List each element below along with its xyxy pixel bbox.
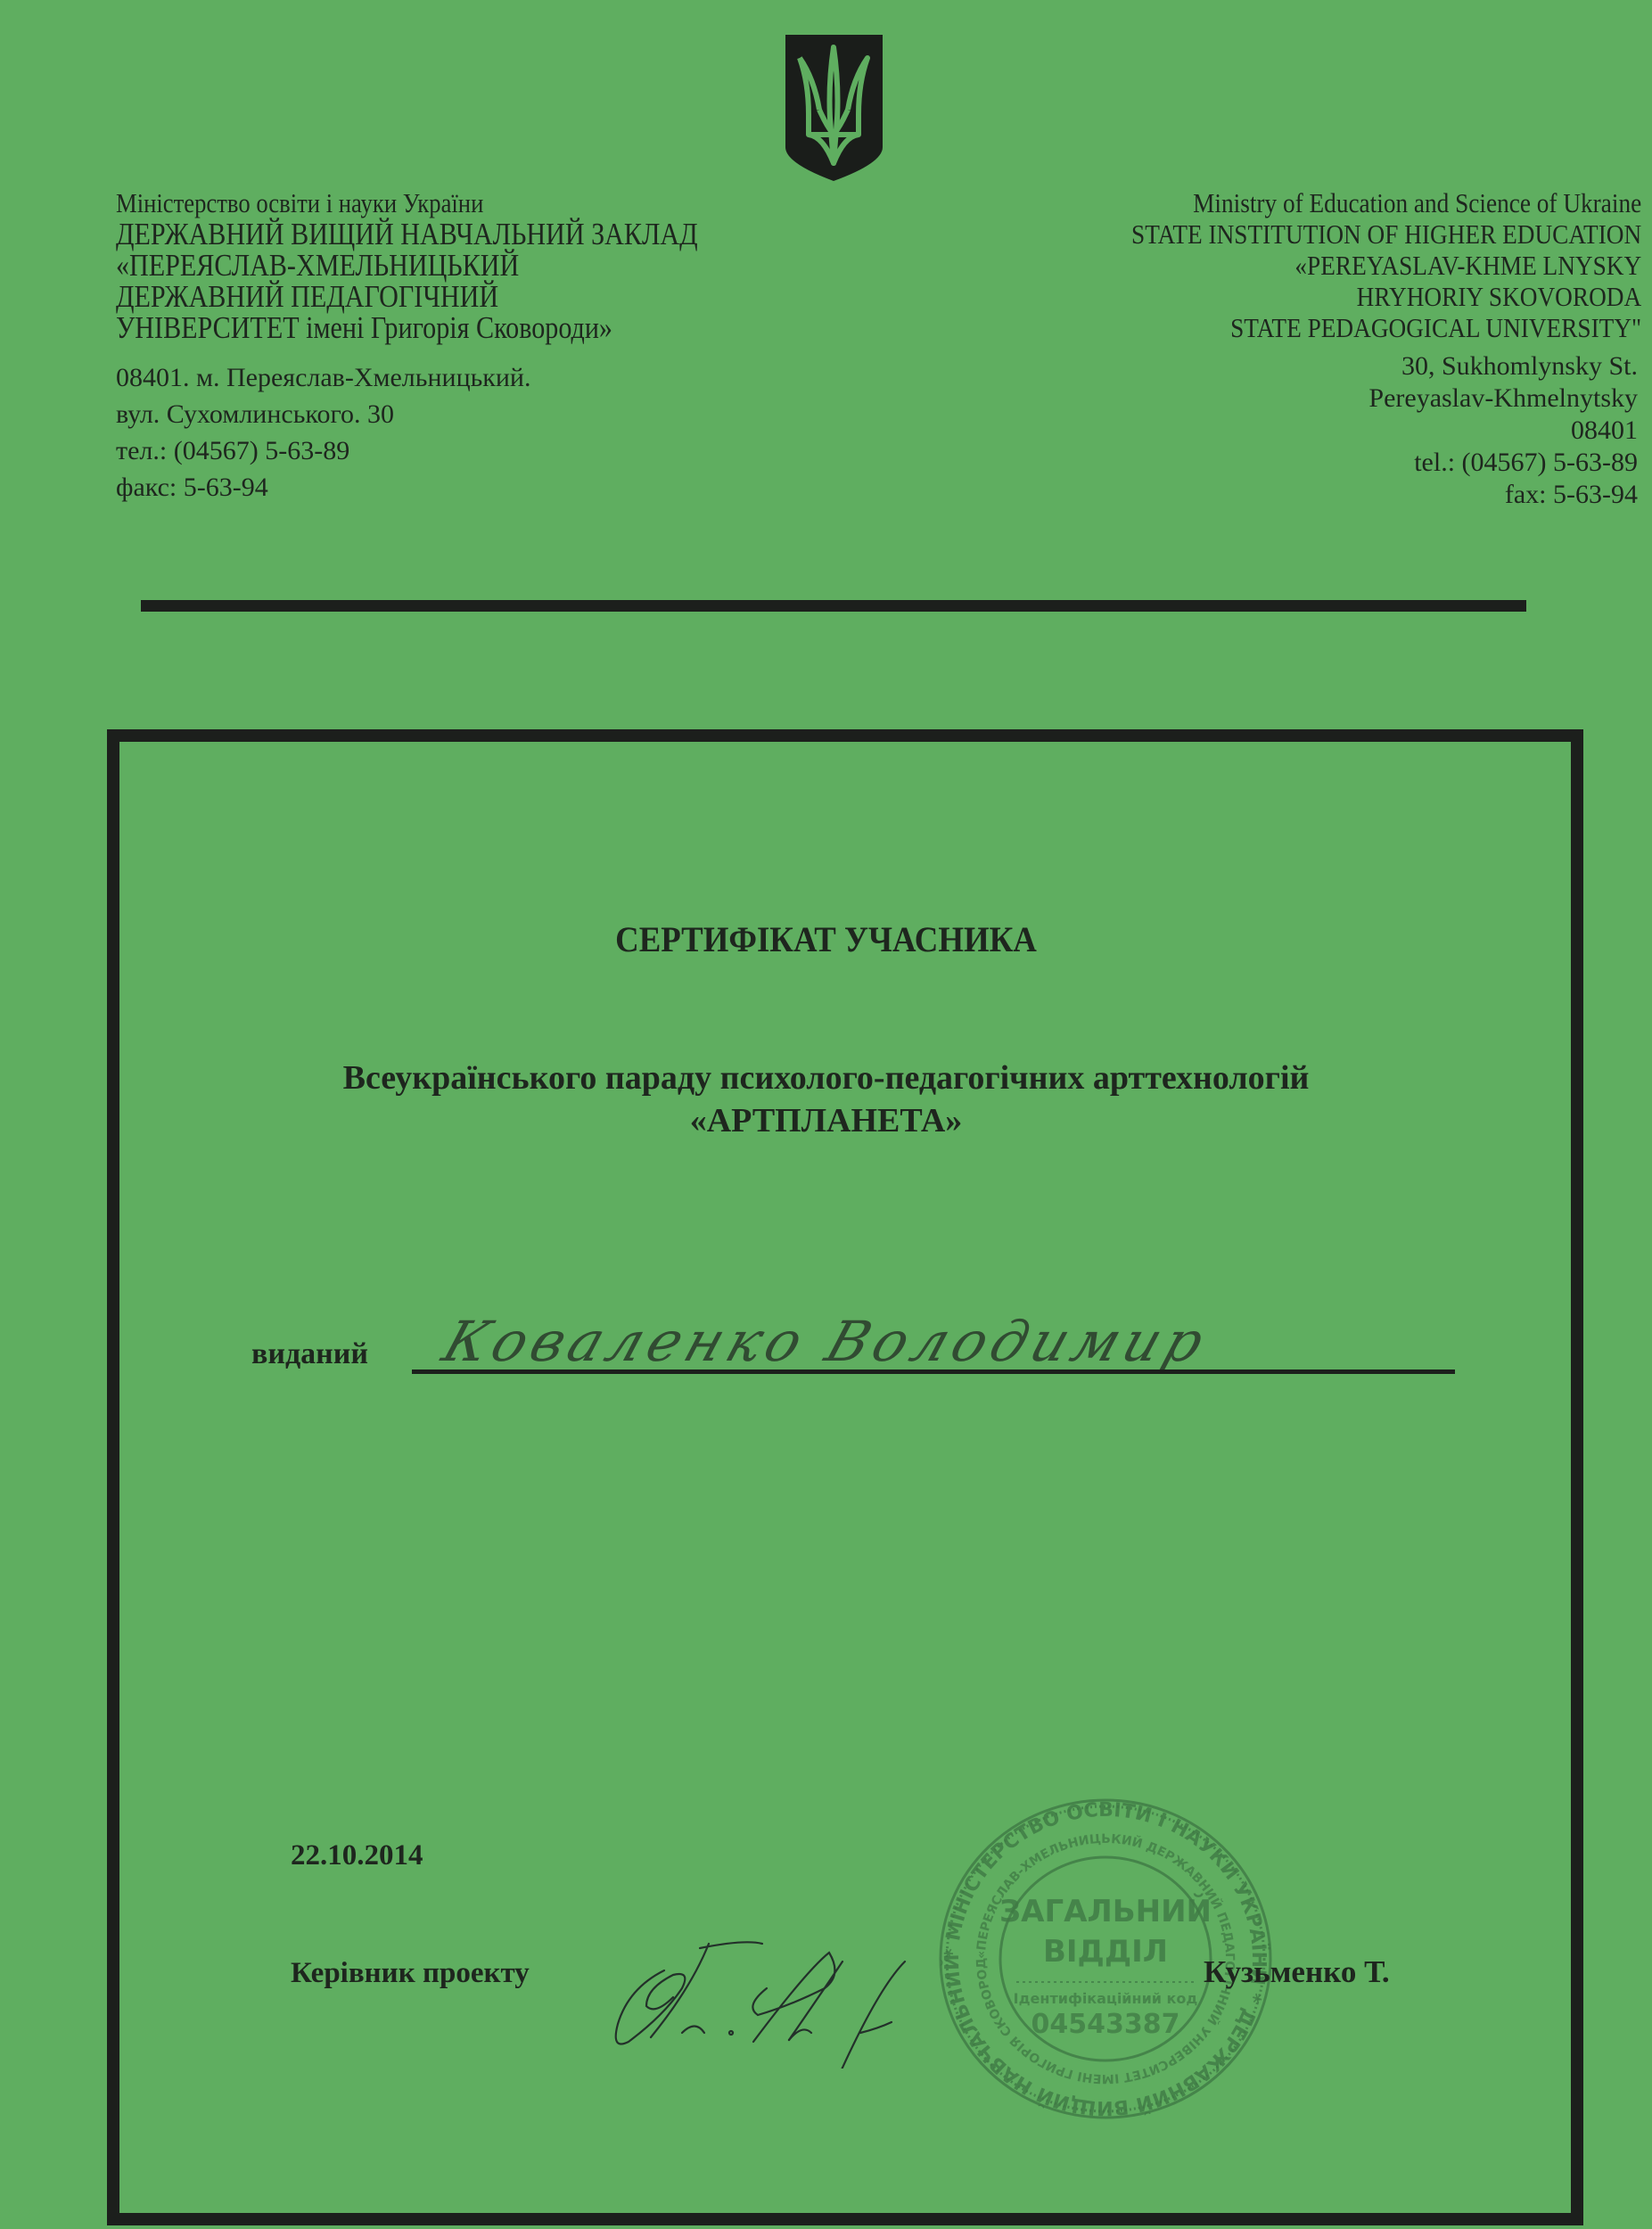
event-title: «АРТПЛАНЕТА»	[0, 1099, 1652, 1142]
event-line: Всеукраїнського параду психолого-педагог…	[0, 1057, 1652, 1099]
address-line: 08401. м. Переяслав-Хмельницький.	[116, 359, 530, 396]
stamp-code-label: Ідентифікаційний код	[1014, 1990, 1198, 2007]
institution-line: «ПЕРЕЯСЛАВ-ХМЕЛЬНИЦЬКИЙ	[116, 250, 698, 281]
recipient-underline	[412, 1369, 1455, 1374]
fax-line: fax: 5-63-94	[1368, 479, 1638, 511]
certificate-title: СЕРТИФІКАТ УЧАСНИКА	[66, 918, 1586, 960]
stamp-center-line2: ВІДДІЛ	[1043, 1934, 1168, 1970]
signature-icon	[611, 1935, 949, 2069]
address-line: 30, Sukhomlynsky St.	[1368, 350, 1638, 382]
ministry-name-ua: Міністерство освіти і науки України	[116, 187, 698, 218]
header-right-address: 30, Sukhomlynsky St. Pereyaslav-Khmelnyt…	[1368, 350, 1638, 511]
recipient-name-handwritten: Коваленко Володимир	[435, 1309, 1217, 1374]
header-right-institution: Ministry of Education and Science of Ukr…	[1131, 187, 1641, 343]
header-divider	[141, 600, 1526, 612]
ministry-name-en: Ministry of Education and Science of Ukr…	[1131, 187, 1641, 218]
trident-coat-of-arms-icon	[782, 29, 886, 183]
header-left-address: 08401. м. Переяслав-Хмельницький. вул. С…	[116, 359, 530, 506]
institution-line: «PEREYASLAV-KHME LNYSKY	[1131, 250, 1641, 281]
issued-label: виданий	[251, 1337, 368, 1371]
address-line: вул. Сухомлинського. 30	[116, 396, 530, 432]
address-line: Pereyaslav-Khmelnytsky	[1368, 382, 1638, 415]
institution-line: ДЕРЖАВНИЙ ВИЩИЙ НАВЧАЛЬНИЙ ЗАКЛАД	[116, 218, 698, 250]
institution-line: HRYHORIY SKOVORODA	[1131, 281, 1641, 312]
institution-line: ДЕРЖАВНИЙ ПЕДАГОГІЧНИЙ	[116, 281, 698, 312]
phone-line: tel.: (04567) 5-63-89	[1368, 447, 1638, 479]
fax-line: факс: 5-63-94	[116, 469, 530, 506]
institution-line: STATE INSTITUTION OF HIGHER EDUCATION	[1131, 218, 1641, 250]
event-name: Всеукраїнського параду психолого-педагог…	[0, 1057, 1652, 1142]
phone-line: тел.: (04567) 5-63-89	[116, 432, 530, 469]
project-head-label: Керівник проекту	[291, 1957, 530, 1990]
institution-line: STATE PEDAGOGICAL UNIVERSITY"	[1131, 312, 1641, 343]
issue-date: 22.10.2014	[291, 1839, 423, 1872]
institution-line: УНІВЕРСИТЕТ імені Григорія Сковороди»	[116, 312, 698, 343]
project-head-name: Кузьменко Т.	[1204, 1954, 1390, 1990]
header-left-institution: Міністерство освіти і науки України ДЕРЖ…	[116, 187, 698, 343]
stamp-center-line1: ЗАГАЛЬНИЙ	[999, 1893, 1212, 1929]
stamp-code: 04543387	[1031, 2009, 1180, 2040]
postcode-line: 08401	[1368, 415, 1638, 447]
